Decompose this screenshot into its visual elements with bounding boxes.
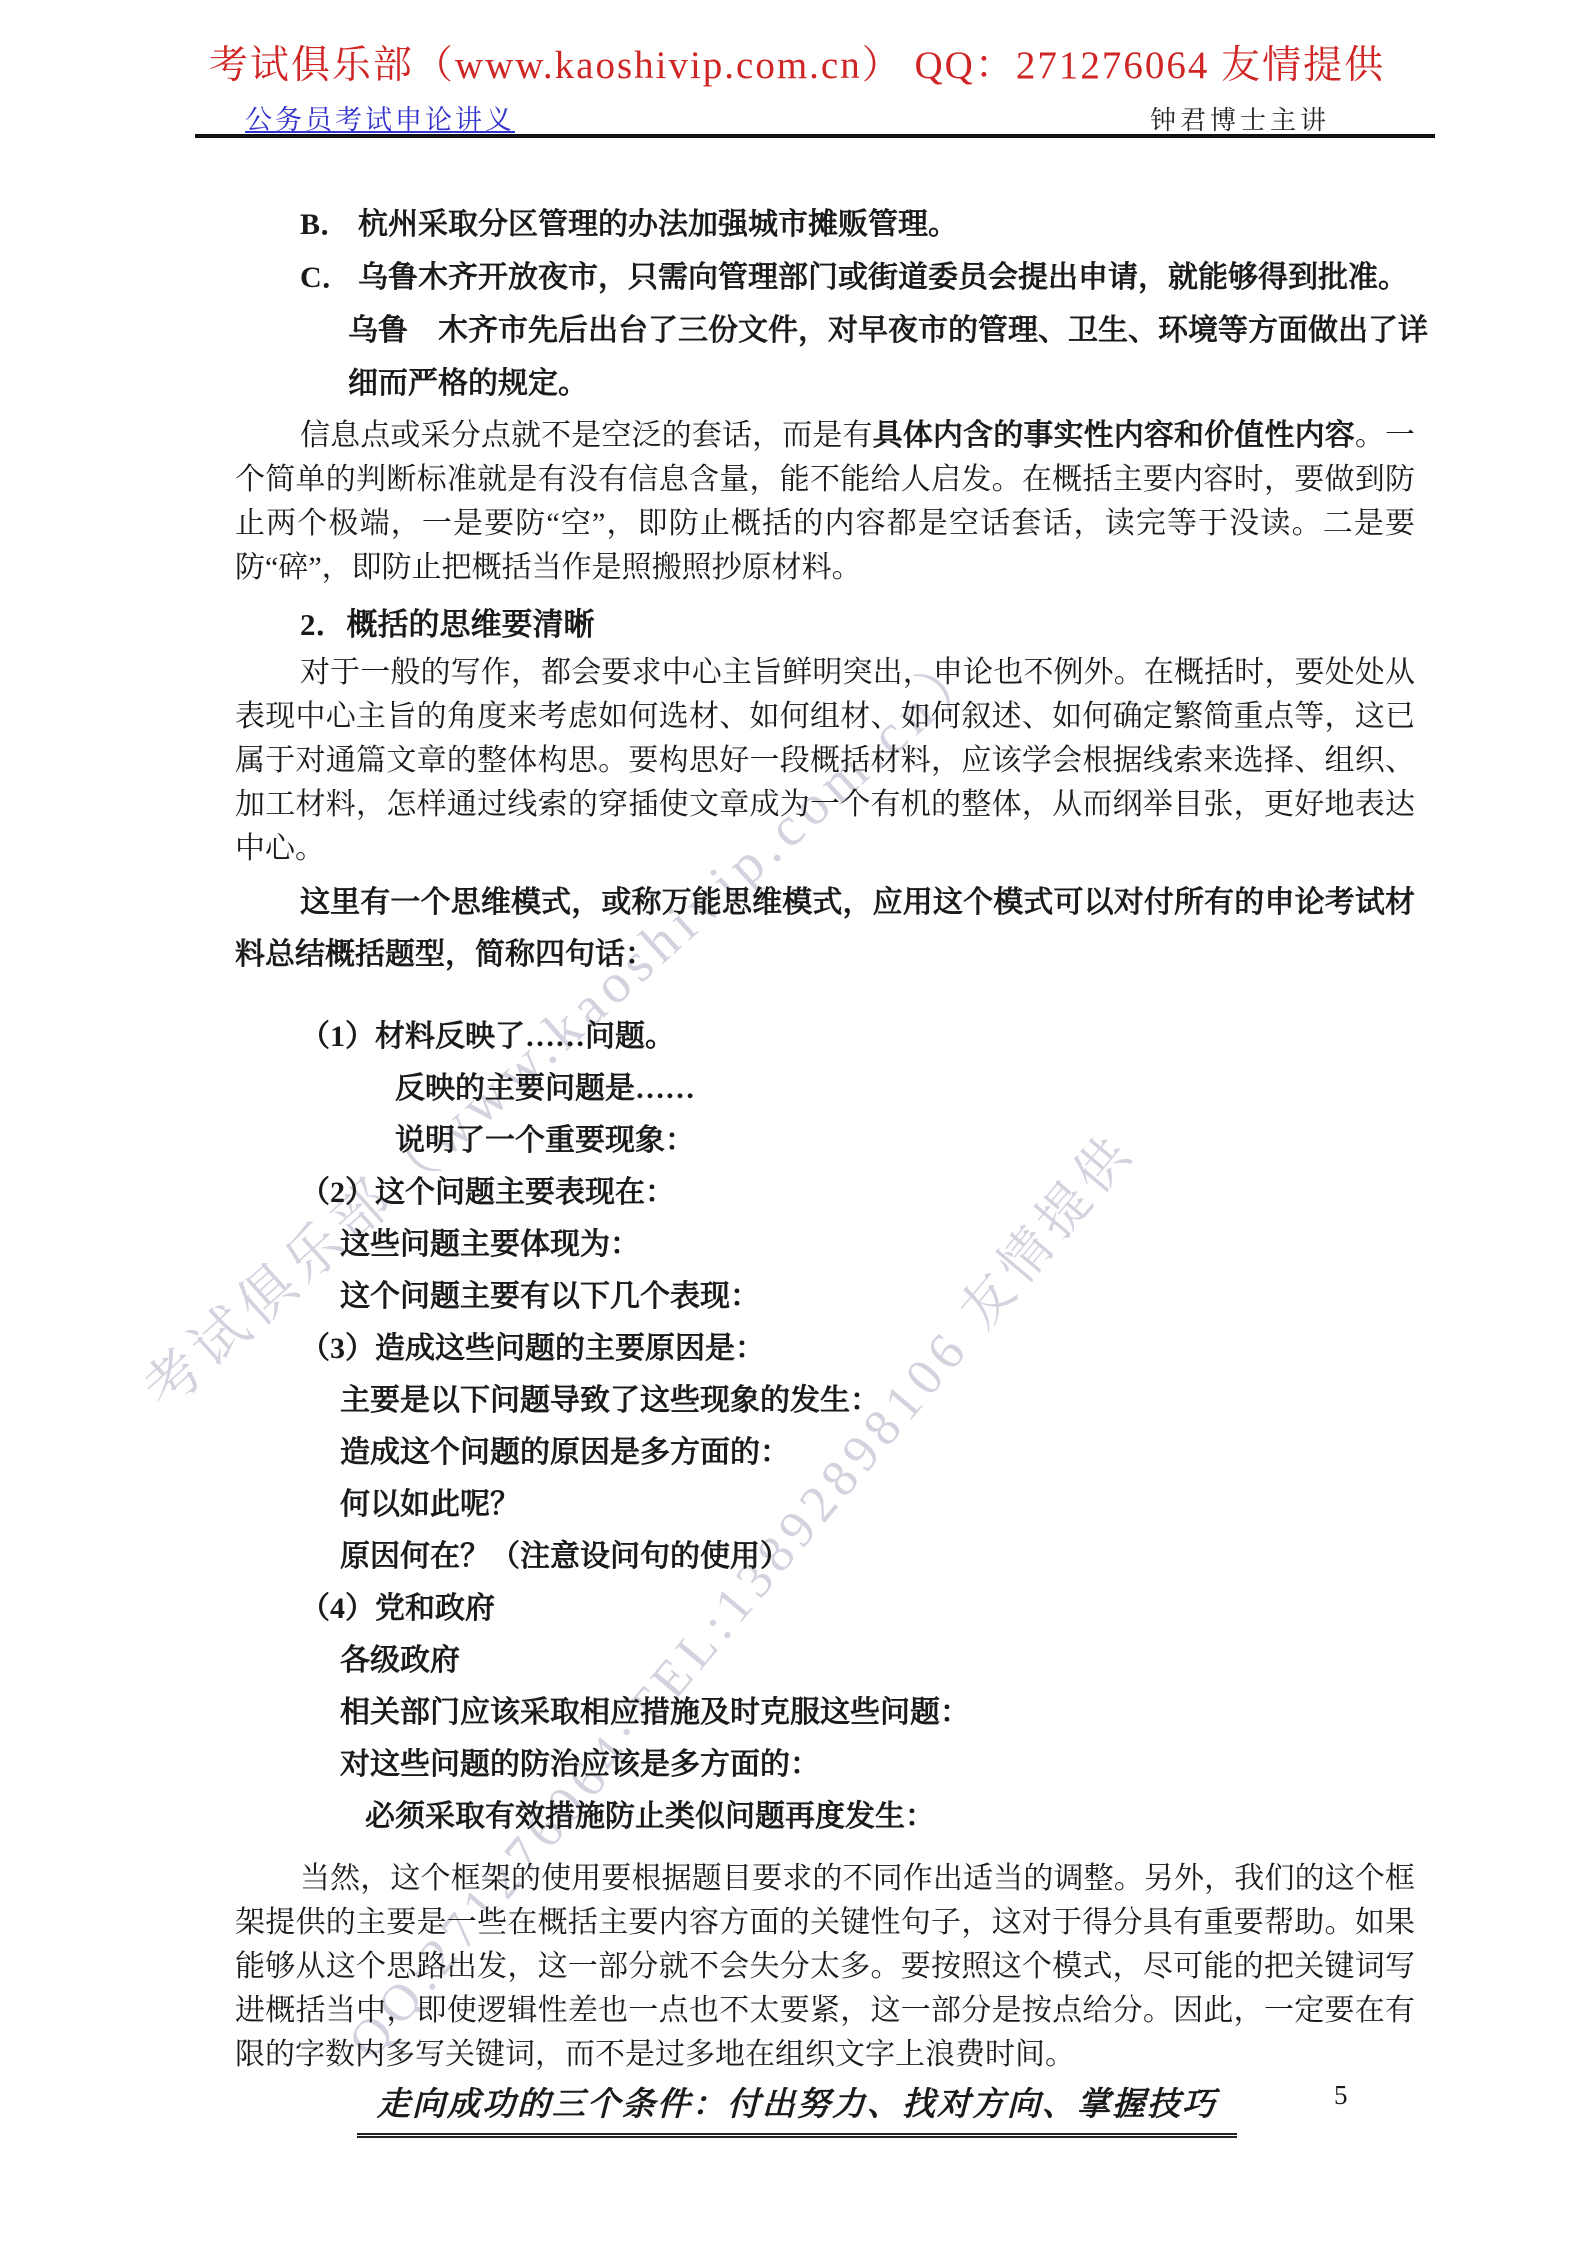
list-line: 造成这个问题的原因是多方面的： — [235, 1427, 1415, 1479]
header-divider — [195, 134, 1435, 138]
footer-motto: 走向成功的三个条件：付出努力、找对方向、掌握技巧 — [357, 2078, 1237, 2138]
option-text-c: 乌鲁木齐开放夜市，只需向管理部门或街道委员会提出申请，就能够得到批准。 — [358, 261, 1408, 294]
course-title: 公务员考试申论讲义 — [235, 98, 515, 137]
list-line: 何以如此呢？ — [235, 1479, 1415, 1531]
option-item-c-cont: 乌鲁 木齐市先后出台了三份文件，对早夜市的管理、卫生、环境等方面做出了详 — [235, 304, 1415, 357]
list-line: （3）造成这些问题的主要原因是： — [235, 1323, 1415, 1375]
option-text-b: 杭州采取分区管理的办法加强城市摊贩管理。 — [358, 208, 958, 241]
header-banner: 考试俱乐部（www.kaoshivip.com.cn） QQ：271276064… — [0, 34, 1594, 90]
paragraph-framework-advice: 当然，这个框架的使用要根据题目要求的不同作出适当的调整。另外，我们的这个框架提供… — [235, 1857, 1415, 2077]
footer: 走向成功的三个条件：付出努力、找对方向、掌握技巧 — [0, 2078, 1594, 2138]
list-line: （4）党和政府 — [235, 1583, 1415, 1635]
list-line: 必须采取有效措施防止类似问题再度发生： — [235, 1791, 1415, 1843]
list-line: 相关部门应该采取相应措施及时克服这些问题： — [235, 1687, 1415, 1739]
list-line: 原因何在？（注意设问句的使用） — [235, 1531, 1415, 1583]
option-label-c: C． — [300, 251, 358, 304]
paragraph-bold-emphasis: 具体内含的事实性内容和价值性内容 — [873, 419, 1355, 452]
list-line: 主要是以下问题导致了这些现象的发生： — [235, 1375, 1415, 1427]
option-label-b: B． — [300, 198, 358, 251]
list-line: （2）这个问题主要表现在： — [235, 1167, 1415, 1219]
paragraph-writing-focus: 对于一般的写作，都会要求中心主旨鲜明突出，申论也不例外。在概括时，要处处从表现中… — [235, 651, 1415, 871]
document-body: B．杭州采取分区管理的办法加强城市摊贩管理。 C．乌鲁木齐开放夜市，只需向管理部… — [235, 198, 1415, 2077]
document-page: 考试俱乐部（www.kaoshivip.com.cn） QQ:271276064… — [0, 0, 1594, 2252]
list-line: 反映的主要问题是…… — [235, 1063, 1415, 1115]
list-line: 各级政府 — [235, 1635, 1415, 1687]
list-line: （1）材料反映了……问题。 — [235, 1011, 1415, 1063]
paragraph-text: 信息点或采分点就不是空泛的套话，而是有 — [300, 419, 873, 452]
paragraph-thinking-model: 这里有一个思维模式，或称万能思维模式，应用这个模式可以对付所有的申论考试材料总结… — [235, 877, 1415, 981]
list-line: 对这些问题的防治应该是多方面的： — [235, 1739, 1415, 1791]
page-number: 5 — [1334, 2080, 1348, 2111]
option-item-b: B．杭州采取分区管理的办法加强城市摊贩管理。 — [235, 198, 1415, 251]
paragraph-info-points: 信息点或采分点就不是空泛的套话，而是有具体内含的事实性内容和价值性内容。一个简单… — [235, 414, 1415, 590]
option-item-c: C．乌鲁木齐开放夜市，只需向管理部门或街道委员会提出申请，就能够得到批准。 — [235, 251, 1415, 304]
option-item-c-cont2: 细而严格的规定。 — [235, 357, 1415, 410]
list-line: 说明了一个重要现象： — [235, 1115, 1415, 1167]
lecturer-name: 钟君博士主讲 — [1150, 100, 1330, 137]
section-heading-2: 2．概括的思维要清晰 — [235, 598, 1415, 651]
header-subtitle-row: 公务员考试申论讲义 钟君博士主讲 — [235, 98, 1415, 137]
four-sentence-list: （1）材料反映了……问题。 反映的主要问题是…… 说明了一个重要现象： （2）这… — [235, 1011, 1415, 1843]
list-line: 这些问题主要体现为： — [235, 1219, 1415, 1271]
list-line: 这个问题主要有以下几个表现： — [235, 1271, 1415, 1323]
